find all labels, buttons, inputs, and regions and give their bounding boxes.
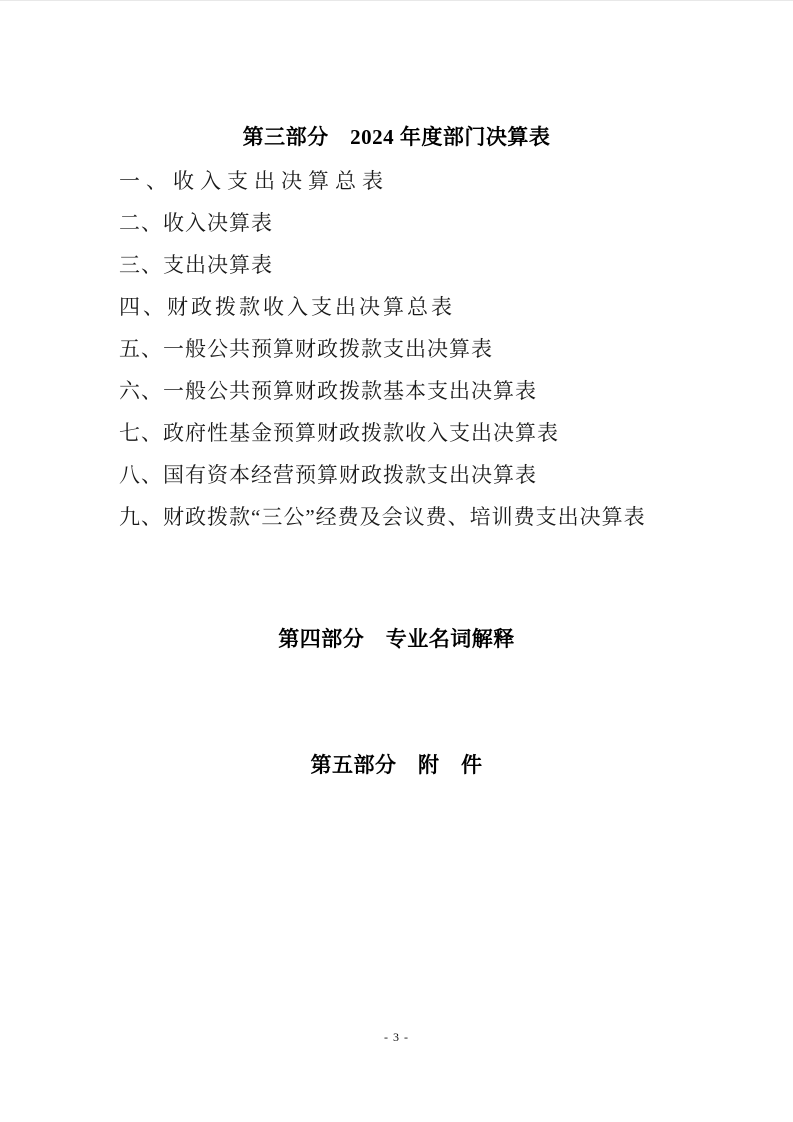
part3-heading: 第三部分 2024 年度部门决算表 [0,123,793,151]
toc-item: 七、政府性基金预算财政拨款收入支出决算表 [119,421,719,463]
toc-item: 九、财政拨款“三公”经费及会议费、培训费支出决算表 [119,505,719,547]
toc-item: 一、收入支出决算总表 [119,169,719,211]
toc-item: 二、收入决算表 [119,211,719,253]
part5-heading: 第五部分 附 件 [0,751,793,779]
document-page: 第三部分 2024 年度部门决算表 一、收入支出决算总表 二、收入决算表 三、支… [0,0,793,1122]
toc-item: 八、国有资本经营预算财政拨款支出决算表 [119,463,719,505]
toc-item: 五、一般公共预算财政拨款支出决算表 [119,337,719,379]
toc-list: 一、收入支出决算总表 二、收入决算表 三、支出决算表 四、财政拨款收入支出决算总… [119,169,719,547]
toc-item: 六、一般公共预算财政拨款基本支出决算表 [119,379,719,421]
page-number: - 3 - [0,1030,793,1045]
toc-item: 四、财政拨款收入支出决算总表 [119,295,719,337]
part4-heading: 第四部分 专业名词解释 [0,625,793,653]
toc-item: 三、支出决算表 [119,253,719,295]
